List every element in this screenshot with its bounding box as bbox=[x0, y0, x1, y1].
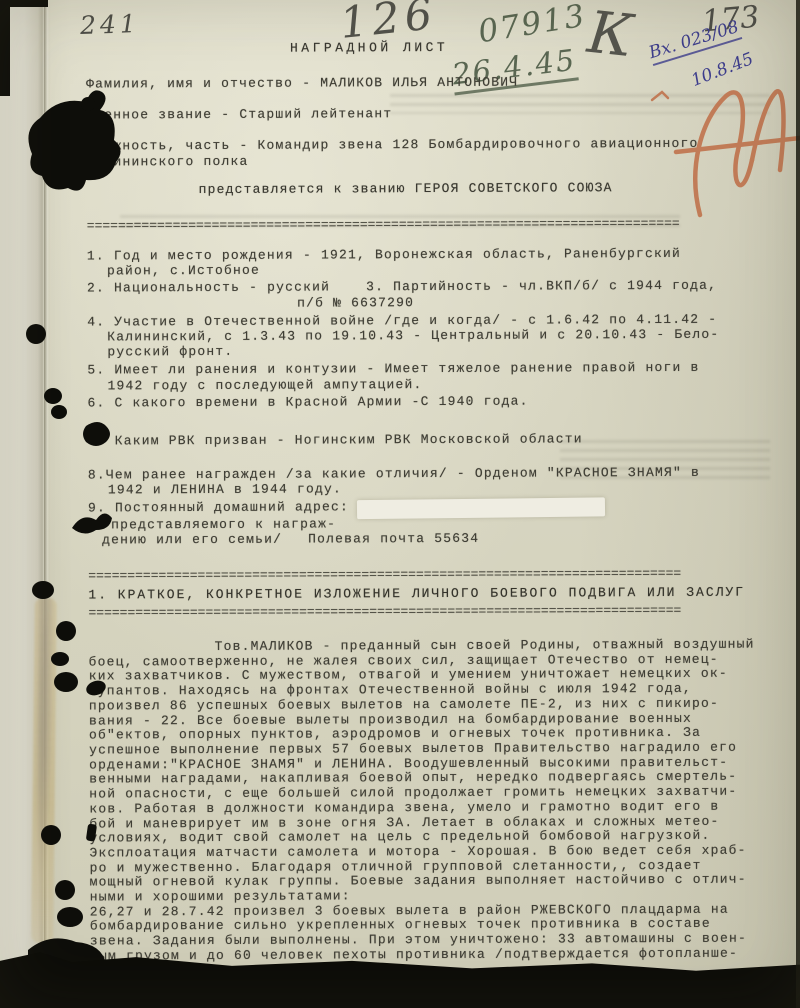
field-name: Фамилия, имя и отчество - МАЛИКОВ ИЛЬЯ А… bbox=[86, 73, 778, 91]
item-2-3-nationality-party: 2. Национальность - русский 3. Партийнос… bbox=[87, 278, 779, 296]
divider-rule: ========================================… bbox=[88, 605, 780, 620]
item-9-family-note: дению или его семьи/ bbox=[102, 532, 282, 548]
item-6-army-since: 6. С какого времени в Красной Армии -С 1… bbox=[88, 392, 780, 410]
item-9-cont-2: дению или его семьи/Полевая почта 55634 bbox=[88, 529, 780, 547]
tape-residue bbox=[31, 598, 57, 943]
item-5-cont: 1942 году с последующей ампутацией. bbox=[87, 375, 779, 393]
document-title: НАГРАДНОЙ ЛИСТ bbox=[290, 38, 778, 56]
item-1-birth-cont: район, с.Истобное bbox=[87, 261, 779, 279]
redaction-box bbox=[357, 497, 605, 519]
divider-rule: ========================================… bbox=[87, 218, 779, 233]
merit-description: Тов.МАЛИКОВ - преданный сын своей Родины… bbox=[89, 638, 782, 979]
field-position-cont: Калининского полка bbox=[86, 151, 778, 169]
item-9-label: 9. Постоянный домашний адрес: bbox=[88, 499, 349, 515]
field-rank: Военное звание - Старший лейтенант bbox=[86, 105, 778, 123]
handwritten-page-number: 241 bbox=[80, 9, 141, 40]
field-post-number: Полевая почта 55634 bbox=[308, 531, 479, 547]
award-sheet-scan: 241 126 07913 26.4.45 К 173 Вх. 023/08 1… bbox=[0, 0, 800, 1008]
item-5-wounds: 5. Имеет ли ранения и контузии - Имеет т… bbox=[87, 360, 779, 378]
item-3-party-card: п/б № 6637290 bbox=[87, 293, 779, 311]
presented-for-title-line: представляется к званию ГЕРОЯ СОВЕТСКОГО… bbox=[87, 179, 779, 197]
field-position: должность, часть - Командир звена 128 Бо… bbox=[86, 136, 778, 154]
numbered-items: 1. Год и место рождения - 1921, Воронежс… bbox=[87, 246, 780, 548]
scan-right-edge bbox=[796, 0, 800, 1008]
item-4-cont-2: русский фронт. bbox=[87, 342, 779, 360]
typed-document: НАГРАДНОЙ ЛИСТ Фамилия, имя и отчество -… bbox=[86, 38, 782, 978]
body-line: ным грузом и до 60 человек пехоты против… bbox=[90, 946, 782, 964]
item-7-drafted-by: 7. Каким РВК призван - Ногинским РВК Мос… bbox=[88, 431, 780, 449]
body-line: мощный огневой кулак группы. Боевые зада… bbox=[90, 873, 782, 891]
divider-rule: ========================================… bbox=[88, 568, 780, 583]
section-heading: 1. КРАТКОЕ, КОНКРЕТНОЕ ИЗЛОЖЕНИЕ ЛИЧНОГО… bbox=[88, 585, 780, 604]
